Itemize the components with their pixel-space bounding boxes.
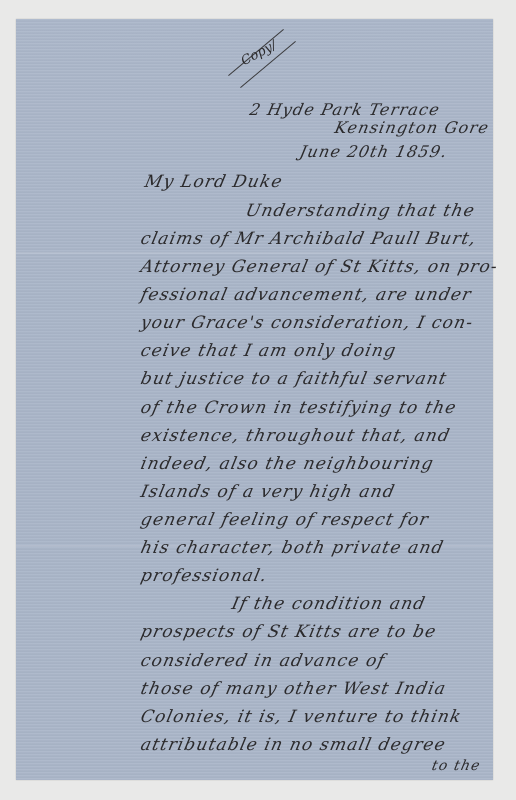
body-line: his character, both private and [139,538,446,558]
body-line: professional. [139,566,270,586]
body-line: fessional advancement, are under [139,285,474,305]
body-line: existence, throughout that, and [139,426,452,446]
copy-label: Copy/ [239,38,279,69]
catchword: to the [430,758,482,774]
body-line: Islands of a very high and [139,482,397,502]
body-line: Understanding that the [244,201,477,221]
body-line: of the Crown in testifying to the [139,398,459,418]
body-line: general feeling of respect for [139,510,431,530]
body-line: Colonies, it is, I venture to think [139,707,464,727]
salutation: My Lord Duke [143,172,285,192]
body-line: ceive that I am only doing [139,341,398,361]
address-line-2: Kensington Gore [333,118,491,137]
body-line: If the condition and [230,594,428,614]
letter-date: June 20th 1859. [298,142,450,161]
address-line-1: 2 Hyde Park Terrace [248,100,442,119]
body-line: attributable in no small degree [139,735,448,755]
body-line: prospects of St Kitts are to be [139,622,439,642]
body-line: those of many other West India [139,679,448,699]
body-line: claims of Mr Archibald Paull Burt, [139,229,479,249]
body-line: indeed, also the neighbouring [139,454,436,474]
body-line: but justice to a faithful servant [139,369,449,389]
body-line: Attorney General of St Kitts, on pro- [139,257,500,277]
fold-line [16,252,493,254]
copy-annotation: Copy/ [220,34,290,74]
body-line: considered in advance of [139,651,387,671]
body-line: your Grace's consideration, I con- [139,313,476,333]
